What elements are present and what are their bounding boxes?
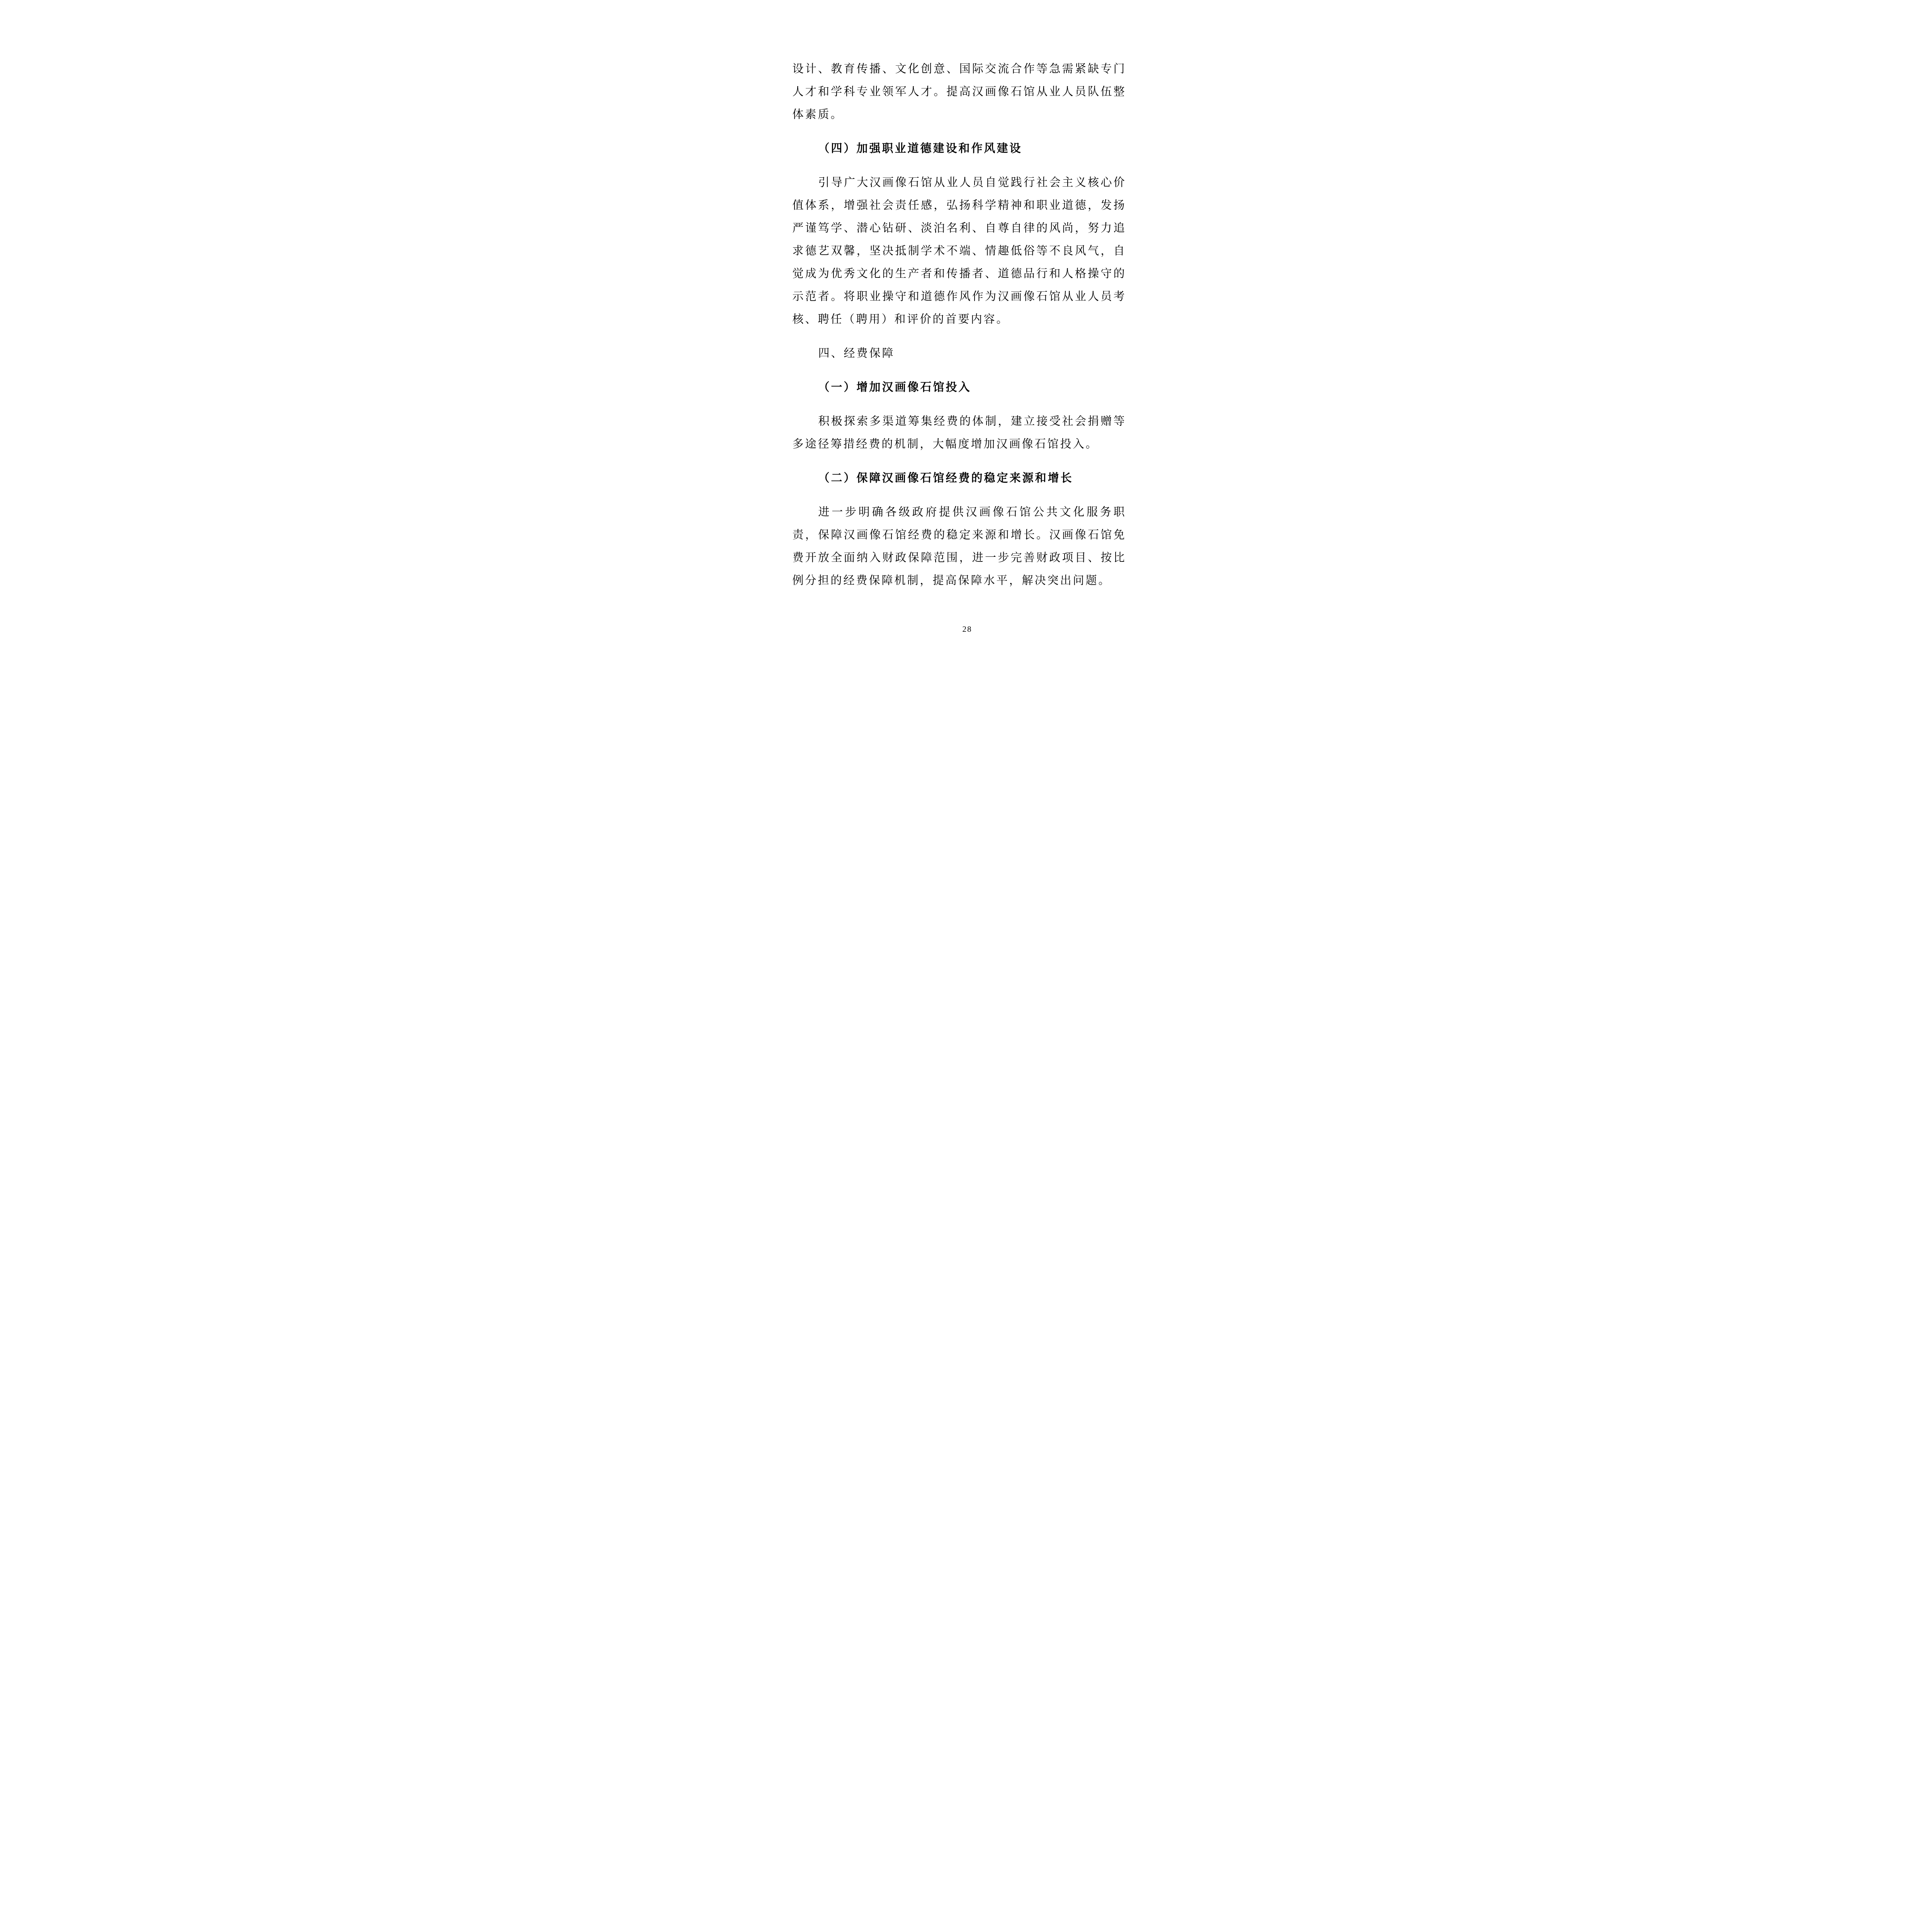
- body-paragraph: 进一步明确各级政府提供汉画像石馆公共文化服务职责，保障汉画像石馆经费的稳定来源和…: [793, 501, 1126, 592]
- chapter-heading-funding: 四、经费保障: [793, 342, 1126, 365]
- section-heading-si: （四）加强职业道德建设和作风建设: [793, 138, 1126, 160]
- body-paragraph: 引导广大汉画像石馆从业人员自觉践行社会主义核心价值体系，增强社会责任感，弘扬科学…: [793, 172, 1126, 331]
- section-heading-yi: （一）增加汉画像石馆投入: [793, 376, 1126, 399]
- section-heading-er: （二）保障汉画像石馆经费的稳定来源和增长: [793, 467, 1126, 490]
- page-number: 28: [719, 624, 1198, 634]
- body-paragraph: 积极探索多渠道筹集经费的体制，建立接受社会捐赠等多途径筹措经费的机制，大幅度增加…: [793, 410, 1126, 456]
- body-paragraph-continuation: 设计、教育传播、文化创意、国际交流合作等急需紧缺专门人才和学科专业领军人才。提高…: [793, 58, 1126, 126]
- document-page: 设计、教育传播、文化创意、国际交流合作等急需紧缺专门人才和学科专业领军人才。提高…: [719, 0, 1198, 678]
